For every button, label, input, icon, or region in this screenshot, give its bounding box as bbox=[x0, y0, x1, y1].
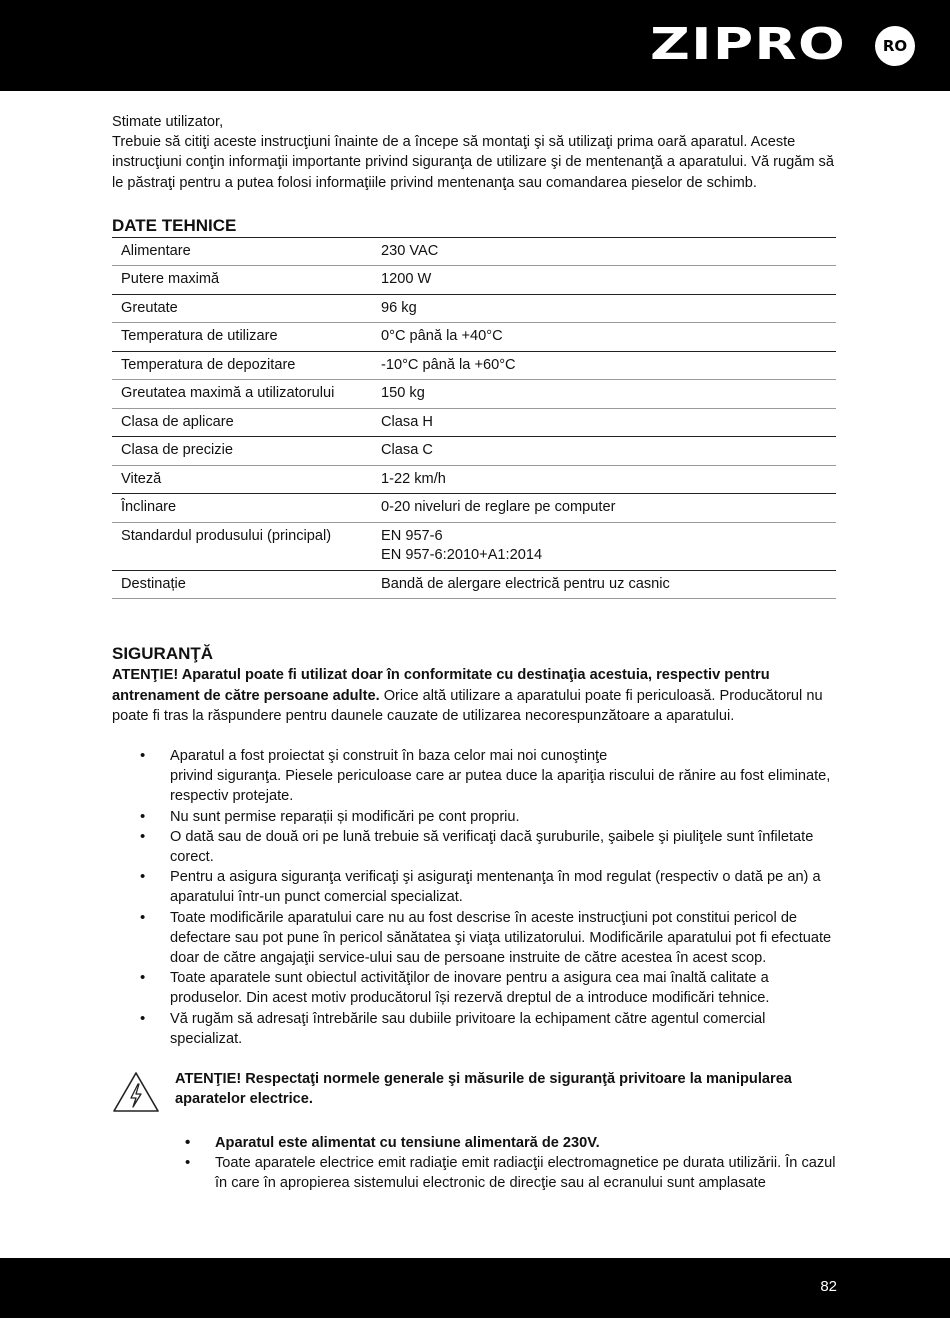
spec-label: Clasa de precizie bbox=[112, 437, 372, 466]
electrical-warning-block: ATENŢIE! Respectaţi normele generale şi … bbox=[112, 1069, 836, 1113]
spec-row: Clasa de precizieClasa C bbox=[112, 437, 836, 466]
spec-row: Alimentare230 VAC bbox=[112, 237, 836, 266]
spec-value: Clasa H bbox=[372, 408, 836, 437]
spec-row: Viteză1-22 km/h bbox=[112, 465, 836, 494]
spec-row: Standardul produsului (principal)EN 957-… bbox=[112, 522, 836, 570]
spec-value: EN 957-6EN 957-6:2010+A1:2014 bbox=[372, 522, 836, 570]
spec-label: Alimentare bbox=[112, 237, 372, 266]
safety-bullet-item: Vă rugăm să adresaţi întrebările sau dub… bbox=[112, 1009, 836, 1049]
safety-warning: ATENŢIE! Aparatul poate fi utilizat doar… bbox=[112, 665, 836, 726]
spec-value-line: EN 957-6 bbox=[381, 527, 827, 547]
safety-title: SIGURANŢĂ bbox=[112, 643, 836, 665]
safety-bullet-item: Aparatul a fost proiectat şi construit î… bbox=[112, 746, 836, 807]
spec-value: Clasa C bbox=[372, 437, 836, 466]
tech-data-title: DATE TEHNICE bbox=[112, 215, 836, 237]
safety-bullet-item: Toate modificările aparatului care nu au… bbox=[112, 908, 836, 969]
spec-row: Înclinare0-20 niveluri de reglare pe com… bbox=[112, 494, 836, 523]
safety-bullet-item: O dată sau de două ori pe lună trebuie s… bbox=[112, 827, 836, 867]
intro-text: Trebuie să citiţi aceste instrucţiuni în… bbox=[112, 132, 836, 193]
spec-value-line: 230 VAC bbox=[381, 242, 827, 262]
page-header: ZIPRO RO bbox=[0, 0, 950, 91]
safety-bullet-item: Pentru a asigura siguranţa verificaţi şi… bbox=[112, 867, 836, 907]
spec-value-line: 150 kg bbox=[381, 384, 827, 404]
spec-value: 150 kg bbox=[372, 380, 836, 409]
spec-label: Clasa de aplicare bbox=[112, 408, 372, 437]
spec-value: Bandă de alergare electrică pentru uz ca… bbox=[372, 570, 836, 599]
spec-value: 230 VAC bbox=[372, 237, 836, 266]
spec-row: Greutatea maximă a utilizatorului150 kg bbox=[112, 380, 836, 409]
spec-row: Putere maximă1200 W bbox=[112, 266, 836, 295]
spec-value-line: 1200 W bbox=[381, 270, 827, 290]
spec-label: Temperatura de utilizare bbox=[112, 323, 372, 352]
spec-value-line: Clasa C bbox=[381, 441, 827, 461]
spec-row: DestinațieBandă de alergare electrică pe… bbox=[112, 570, 836, 599]
bullet-text: Vă rugăm să adresaţi întrebările sau dub… bbox=[170, 1011, 765, 1047]
electrical-bullet-list: Aparatul este alimentat cu tensiune alim… bbox=[112, 1133, 836, 1194]
spec-label: Greutatea maximă a utilizatorului bbox=[112, 380, 372, 409]
spec-row: Temperatura de utilizare0°C până la +40°… bbox=[112, 323, 836, 352]
spec-label: Standardul produsului (principal) bbox=[112, 522, 372, 570]
zipro-logo: ZIPRO bbox=[650, 22, 846, 68]
intro-greeting: Stimate utilizator, bbox=[112, 112, 836, 132]
spec-row: Clasa de aplicareClasa H bbox=[112, 408, 836, 437]
tech-specs-table: Alimentare230 VACPutere maximă1200 WGreu… bbox=[112, 237, 836, 600]
safety-bullet-item: Toate aparatele sunt obiectul activităţi… bbox=[112, 968, 836, 1008]
bullet-text: Toate modificările aparatului care nu au… bbox=[170, 910, 831, 966]
safety-bullet-item: Nu sunt permise reparații și modificări … bbox=[112, 807, 836, 827]
spec-value: 1200 W bbox=[372, 266, 836, 295]
spec-value-line: 0-20 niveluri de reglare pe computer bbox=[381, 498, 827, 518]
electrical-warning-text: ATENŢIE! Respectaţi normele generale şi … bbox=[175, 1069, 836, 1109]
spec-label: Temperatura de depozitare bbox=[112, 351, 372, 380]
spec-row: Temperatura de depozitare-10°C până la +… bbox=[112, 351, 836, 380]
bullet-text: Nu sunt permise reparații și modificări … bbox=[170, 809, 520, 825]
spec-label: Greutate bbox=[112, 294, 372, 323]
spec-label: Putere maximă bbox=[112, 266, 372, 295]
page-content: Stimate utilizator, Trebuie să citiţi ac… bbox=[112, 112, 836, 1194]
spec-value-line: -10°C până la +60°C bbox=[381, 356, 827, 376]
bullet-text: Pentru a asigura siguranţa verificaţi şi… bbox=[170, 869, 821, 905]
spec-value: 0-20 niveluri de reglare pe computer bbox=[372, 494, 836, 523]
spec-value-line: 0°C până la +40°C bbox=[381, 327, 827, 347]
safety-bullet-list: Aparatul a fost proiectat şi construit î… bbox=[112, 746, 836, 1049]
bullet-text: Aparatul a fost proiectat şi construit î… bbox=[170, 748, 607, 764]
spec-value-line: Bandă de alergare electrică pentru uz ca… bbox=[381, 575, 827, 595]
page-number: 82 bbox=[820, 1278, 837, 1295]
spec-label: Înclinare bbox=[112, 494, 372, 523]
spec-value: 96 kg bbox=[372, 294, 836, 323]
spec-value-line: 1-22 km/h bbox=[381, 470, 827, 490]
bullet-text: privind siguranţa. Piesele periculoase c… bbox=[170, 768, 830, 804]
spec-value: -10°C până la +60°C bbox=[372, 351, 836, 380]
spec-value-line: 96 kg bbox=[381, 299, 827, 319]
language-badge: RO bbox=[875, 26, 915, 66]
spec-value-line: Clasa H bbox=[381, 413, 827, 433]
spec-label: Viteză bbox=[112, 465, 372, 494]
electrical-bullet-item: Toate aparatele electrice emit radiaţie … bbox=[112, 1153, 836, 1193]
page-footer: 82 bbox=[0, 1258, 950, 1318]
spec-value: 1-22 km/h bbox=[372, 465, 836, 494]
bullet-text: Toate aparatele sunt obiectul activităţi… bbox=[170, 970, 769, 1006]
spec-value-line: EN 957-6:2010+A1:2014 bbox=[381, 546, 827, 566]
spec-row: Greutate96 kg bbox=[112, 294, 836, 323]
high-voltage-warning-icon bbox=[112, 1071, 160, 1113]
bullet-text: O dată sau de două ori pe lună trebuie s… bbox=[170, 829, 813, 865]
electrical-bullet-item: Aparatul este alimentat cu tensiune alim… bbox=[112, 1133, 836, 1153]
spec-value: 0°C până la +40°C bbox=[372, 323, 836, 352]
spec-label: Destinație bbox=[112, 570, 372, 599]
